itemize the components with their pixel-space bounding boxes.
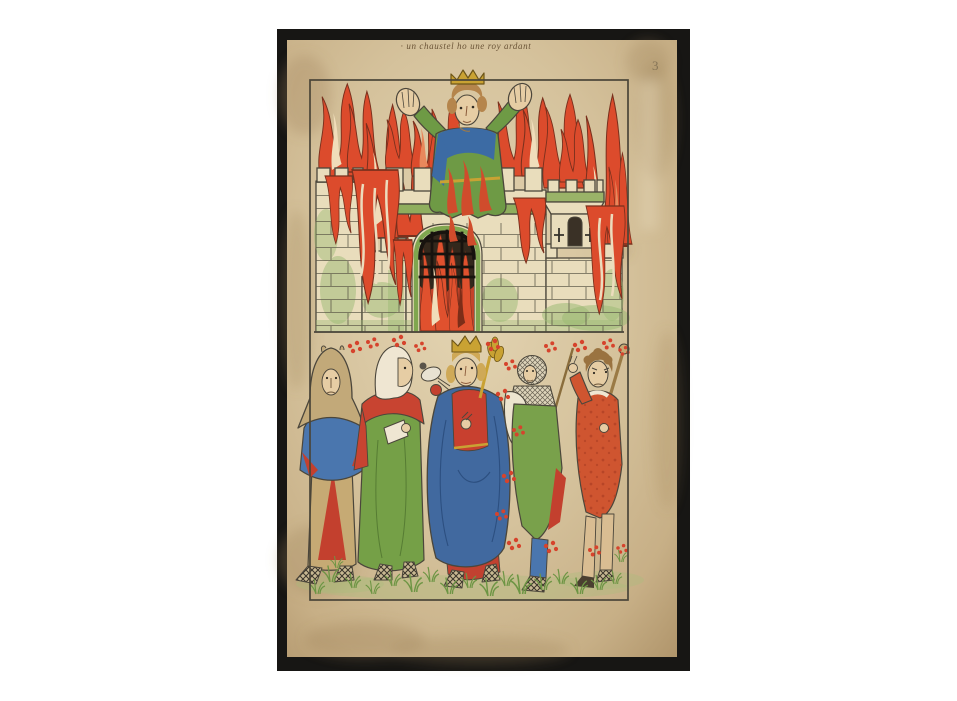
- lower-scene: [296, 335, 644, 601]
- turret-window: [568, 217, 582, 246]
- caption-text: · un chaustel ho une roy ardant: [401, 41, 532, 51]
- bare-leg: [600, 514, 614, 572]
- manuscript-photo: · un chaustel ho une roy ardant 3: [0, 0, 957, 701]
- king-head: [446, 336, 486, 386]
- photo-backdrop: · un chaustel ho une roy ardant 3: [0, 0, 957, 701]
- red-tunic: [452, 390, 488, 451]
- folio-number: 3: [652, 58, 659, 73]
